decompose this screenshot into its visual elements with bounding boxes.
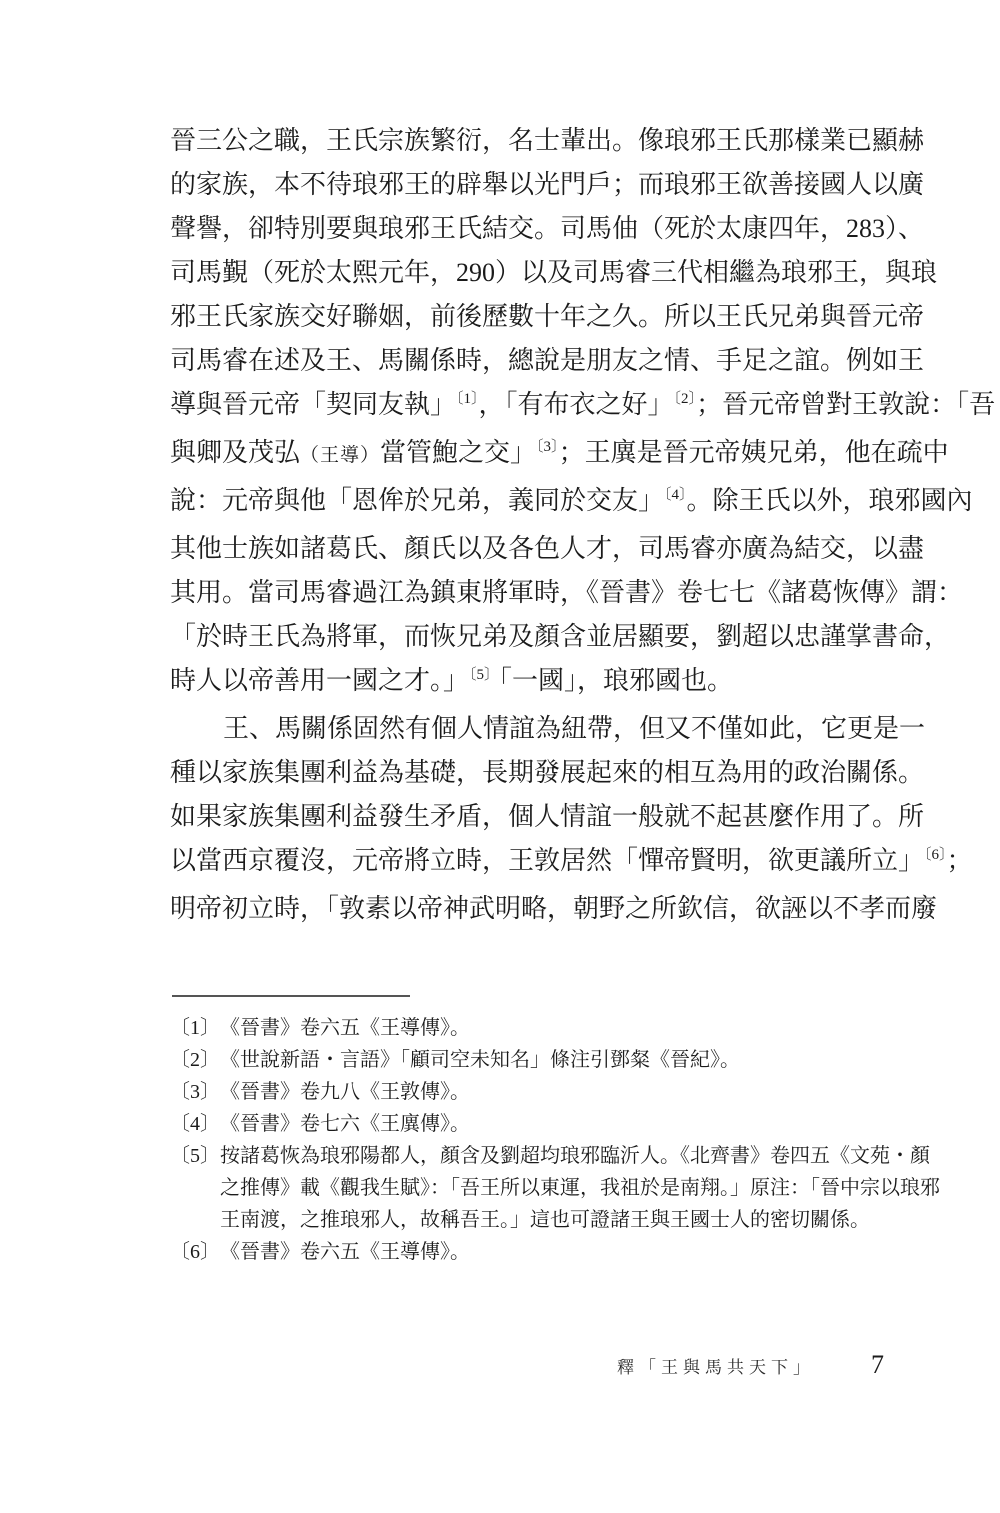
body-text-segment: 以當西京覆沒，元帝將立時，王敦居然「憚帝賢明，欲更議所立」 [170,846,924,875]
body-text-segment: 聲譽，卻特別要與琅邪王氏結交。司馬伷（死於太康四年，283）、 [170,214,924,243]
footnote-ref: 〔3〕 [536,439,559,455]
body-line: 導與晉元帝「契同友執」〔1〕，「有布衣之好」〔2〕；晉元帝曾對王敦說：「吾 [170,383,906,431]
body-text-segment: 。除王氏以外，琅邪國內 [687,486,973,515]
footnote-line: 《晉書》卷六五《王導傳》。 [220,1012,888,1044]
body-line: 司馬睿在述及王、馬關係時，總說是朋友之情、手足之誼。例如王 [170,339,906,383]
running-title: 釋「王與馬共天下」 [617,1353,815,1383]
body-line: 與卿及茂弘（王導）當管鮑之交」〔3〕；王廙是晉元帝姨兄弟，他在疏中 [170,431,906,479]
footnote: 〔4〕《晉書》卷七六《王廙傳》。 [170,1108,888,1140]
body-text: 晉三公之職，王氏宗族繁衍，名士輩出。像琅邪王氏那樣業已顯赫的家族，本不待琅邪王的… [170,119,906,931]
body-text-segment: 導與晉元帝「契同友執」 [170,390,456,419]
footnote: 〔1〕《晉書》卷六五《王導傳》。 [170,1012,888,1044]
body-line: 以當西京覆沒，元帝將立時，王敦居然「憚帝賢明，欲更議所立」〔6〕； [170,839,906,887]
body-line: 其用。當司馬睿過江為鎮東將軍時，《晉書》卷七七《諸葛恢傳》謂： [170,571,906,615]
document-page: 晉三公之職，王氏宗族繁衍，名士輩出。像琅邪王氏那樣業已顯赫的家族，本不待琅邪王的… [0,0,1000,1513]
footnote-line: 《晉書》卷六五《王導傳》。 [220,1236,888,1268]
body-text-segment: ，「有布衣之好」 [479,390,674,419]
body-text-segment: 「於時王氏為將軍，而恢兄弟及顏含並居顯要，劉超以忠謹掌書命， [170,622,950,651]
footnote-marker: 〔2〕 [170,1044,220,1076]
body-line: 如果家族集團利益發生矛盾，個人情誼一般就不起甚麼作用了。所 [170,795,906,839]
body-line: 邪王氏家族交好聯姻，前後歷數十年之久。所以王氏兄弟與晉元帝 [170,295,906,339]
footnote: 〔5〕按諸葛恢為琅邪陽都人，顏含及劉超均琅邪臨沂人。《北齊書》卷四五《文苑・顏之… [170,1140,888,1236]
footnote-line: 《晉書》卷七六《王廙傳》。 [220,1108,888,1140]
footnote-marker: 〔3〕 [170,1076,220,1108]
body-text-segment: 與卿及茂弘 [170,438,300,467]
body-line: 的家族，本不待琅邪王的辟舉以光門戶；而琅邪王欲善接國人以廣 [170,163,906,207]
footnote-marker: 〔6〕 [170,1236,220,1268]
footnote-line: 王南渡，之推琅邪人，故稱吾王。」這也可證諸王與王國士人的密切關係。 [220,1204,888,1236]
footnote-line: 按諸葛恢為琅邪陽都人，顏含及劉超均琅邪臨沂人。《北齊書》卷四五《文苑・顏 [220,1140,888,1172]
footnote: 〔2〕《世說新語・言語》「顧司空未知名」條注引鄧粲《晉紀》。 [170,1044,888,1076]
page-number: 7 [871,1350,884,1380]
footnote-ref: 〔1〕 [456,391,479,407]
footnote-text: 《世說新語・言語》「顧司空未知名」條注引鄧粲《晉紀》。 [220,1044,888,1076]
body-text-segment: 「一國」，琅邪國也。 [499,666,733,695]
body-text-segment: 時人以帝善用一國之才。」 [170,666,469,695]
body-line: 明帝初立時，「敦素以帝神武明略，朝野之所欽信，欲誣以不孝而廢 [170,887,906,931]
body-text-segment: ；王廙是晉元帝姨兄弟，他在疏中 [559,438,949,467]
footnote-text: 《晉書》卷六五《王導傳》。 [220,1012,888,1044]
footnote-marker: 〔5〕 [170,1140,220,1172]
footnote-line: 《晉書》卷九八《王敦傳》。 [220,1076,888,1108]
body-text-segment: 明帝初立時，「敦素以帝神武明略，朝野之所欽信，欲誣以不孝而廢 [170,894,937,923]
body-text-segment: 如果家族集團利益發生矛盾，個人情誼一般就不起甚麼作用了。所 [170,802,924,831]
body-line: 其他士族如諸葛氏、顏氏以及各色人才，司馬睿亦廣為結交，以盡 [170,527,906,571]
body-line: 晉三公之職，王氏宗族繁衍，名士輩出。像琅邪王氏那樣業已顯赫 [170,119,906,163]
body-text-segment: ； [947,846,973,875]
footnote: 〔3〕《晉書》卷九八《王敦傳》。 [170,1076,888,1108]
body-text-segment: 晉三公之職，王氏宗族繁衍，名士輩出。像琅邪王氏那樣業已顯赫 [170,126,924,155]
footnote-ref: 〔2〕 [674,391,697,407]
footnote-line: 之推傳》載《觀我生賦》：「吾王所以東運，我祖於是南翔。」原注：「晉中宗以琅邪 [220,1172,888,1204]
body-text-segment: 其他士族如諸葛氏、顏氏以及各色人才，司馬睿亦廣為結交，以盡 [170,534,924,563]
body-line: 時人以帝善用一國之才。」〔5〕「一國」，琅邪國也。 [170,659,906,707]
footnote-ref: 〔6〕 [924,847,947,863]
body-line: 王、馬關係固然有個人情誼為紐帶，但又不僅如此，它更是一 [170,707,906,751]
footnote-marker: 〔1〕 [170,1012,220,1044]
body-text-segment: 的家族，本不待琅邪王的辟舉以光門戶；而琅邪王欲善接國人以廣 [170,170,924,199]
body-line: 種以家族集團利益為基礎，長期發展起來的相互為用的政治關係。 [170,751,906,795]
body-line: 說：元帝與他「恩侔於兄弟，義同於交友」〔4〕。除王氏以外，琅邪國內 [170,479,906,527]
body-line: 司馬覲（死於太熙元年，290）以及司馬睿三代相繼為琅邪王，與琅 [170,251,906,295]
body-text-segment: 邪王氏家族交好聯姻，前後歷數十年之久。所以王氏兄弟與晉元帝 [170,302,924,331]
body-text-segment: 說：元帝與他「恩侔於兄弟，義同於交友」 [170,486,664,515]
footnote-text: 《晉書》卷六五《王導傳》。 [220,1236,888,1268]
footnote-line: 《世說新語・言語》「顧司空未知名」條注引鄧粲《晉紀》。 [220,1044,888,1076]
page-footer: 釋「王與馬共天下」 7 [617,1350,884,1383]
footnote-text: 《晉書》卷七六《王廙傳》。 [220,1108,888,1140]
footnote-text: 按諸葛恢為琅邪陽都人，顏含及劉超均琅邪臨沂人。《北齊書》卷四五《文苑・顏之推傳》… [220,1140,888,1236]
body-text-segment: 其用。當司馬睿過江為鎮東將軍時，《晉書》卷七七《諸葛恢傳》謂： [170,578,963,607]
body-text-segment: 當管鮑之交」 [380,438,536,467]
body-text-segment: 種以家族集團利益為基礎，長期發展起來的相互為用的政治關係。 [170,758,924,787]
body-line: 「於時王氏為將軍，而恢兄弟及顏含並居顯要，劉超以忠謹掌書命， [170,615,906,659]
footnote-marker: 〔4〕 [170,1108,220,1140]
inline-annotation: （王導） [300,445,380,466]
body-text-segment: ；晉元帝曾對王敦說：「吾 [696,390,995,419]
footnote-ref: 〔4〕 [664,487,687,503]
body-text-segment: 司馬覲（死於太熙元年，290）以及司馬睿三代相繼為琅邪王，與琅 [170,258,937,287]
footnote: 〔6〕《晉書》卷六五《王導傳》。 [170,1236,888,1268]
footnote-ref: 〔5〕 [469,667,499,683]
body-text-segment: 王、馬關係固然有個人情誼為紐帶，但又不僅如此，它更是一 [223,714,925,743]
body-line: 聲譽，卻特別要與琅邪王氏結交。司馬伷（死於太康四年，283）、 [170,207,906,251]
body-text-segment: 司馬睿在述及王、馬關係時，總說是朋友之情、手足之誼。例如王 [170,346,924,375]
footnote-text: 《晉書》卷九八《王敦傳》。 [220,1076,888,1108]
footnote-divider [172,995,410,997]
footnotes: 〔1〕《晉書》卷六五《王導傳》。〔2〕《世說新語・言語》「顧司空未知名」條注引鄧… [170,1012,888,1268]
